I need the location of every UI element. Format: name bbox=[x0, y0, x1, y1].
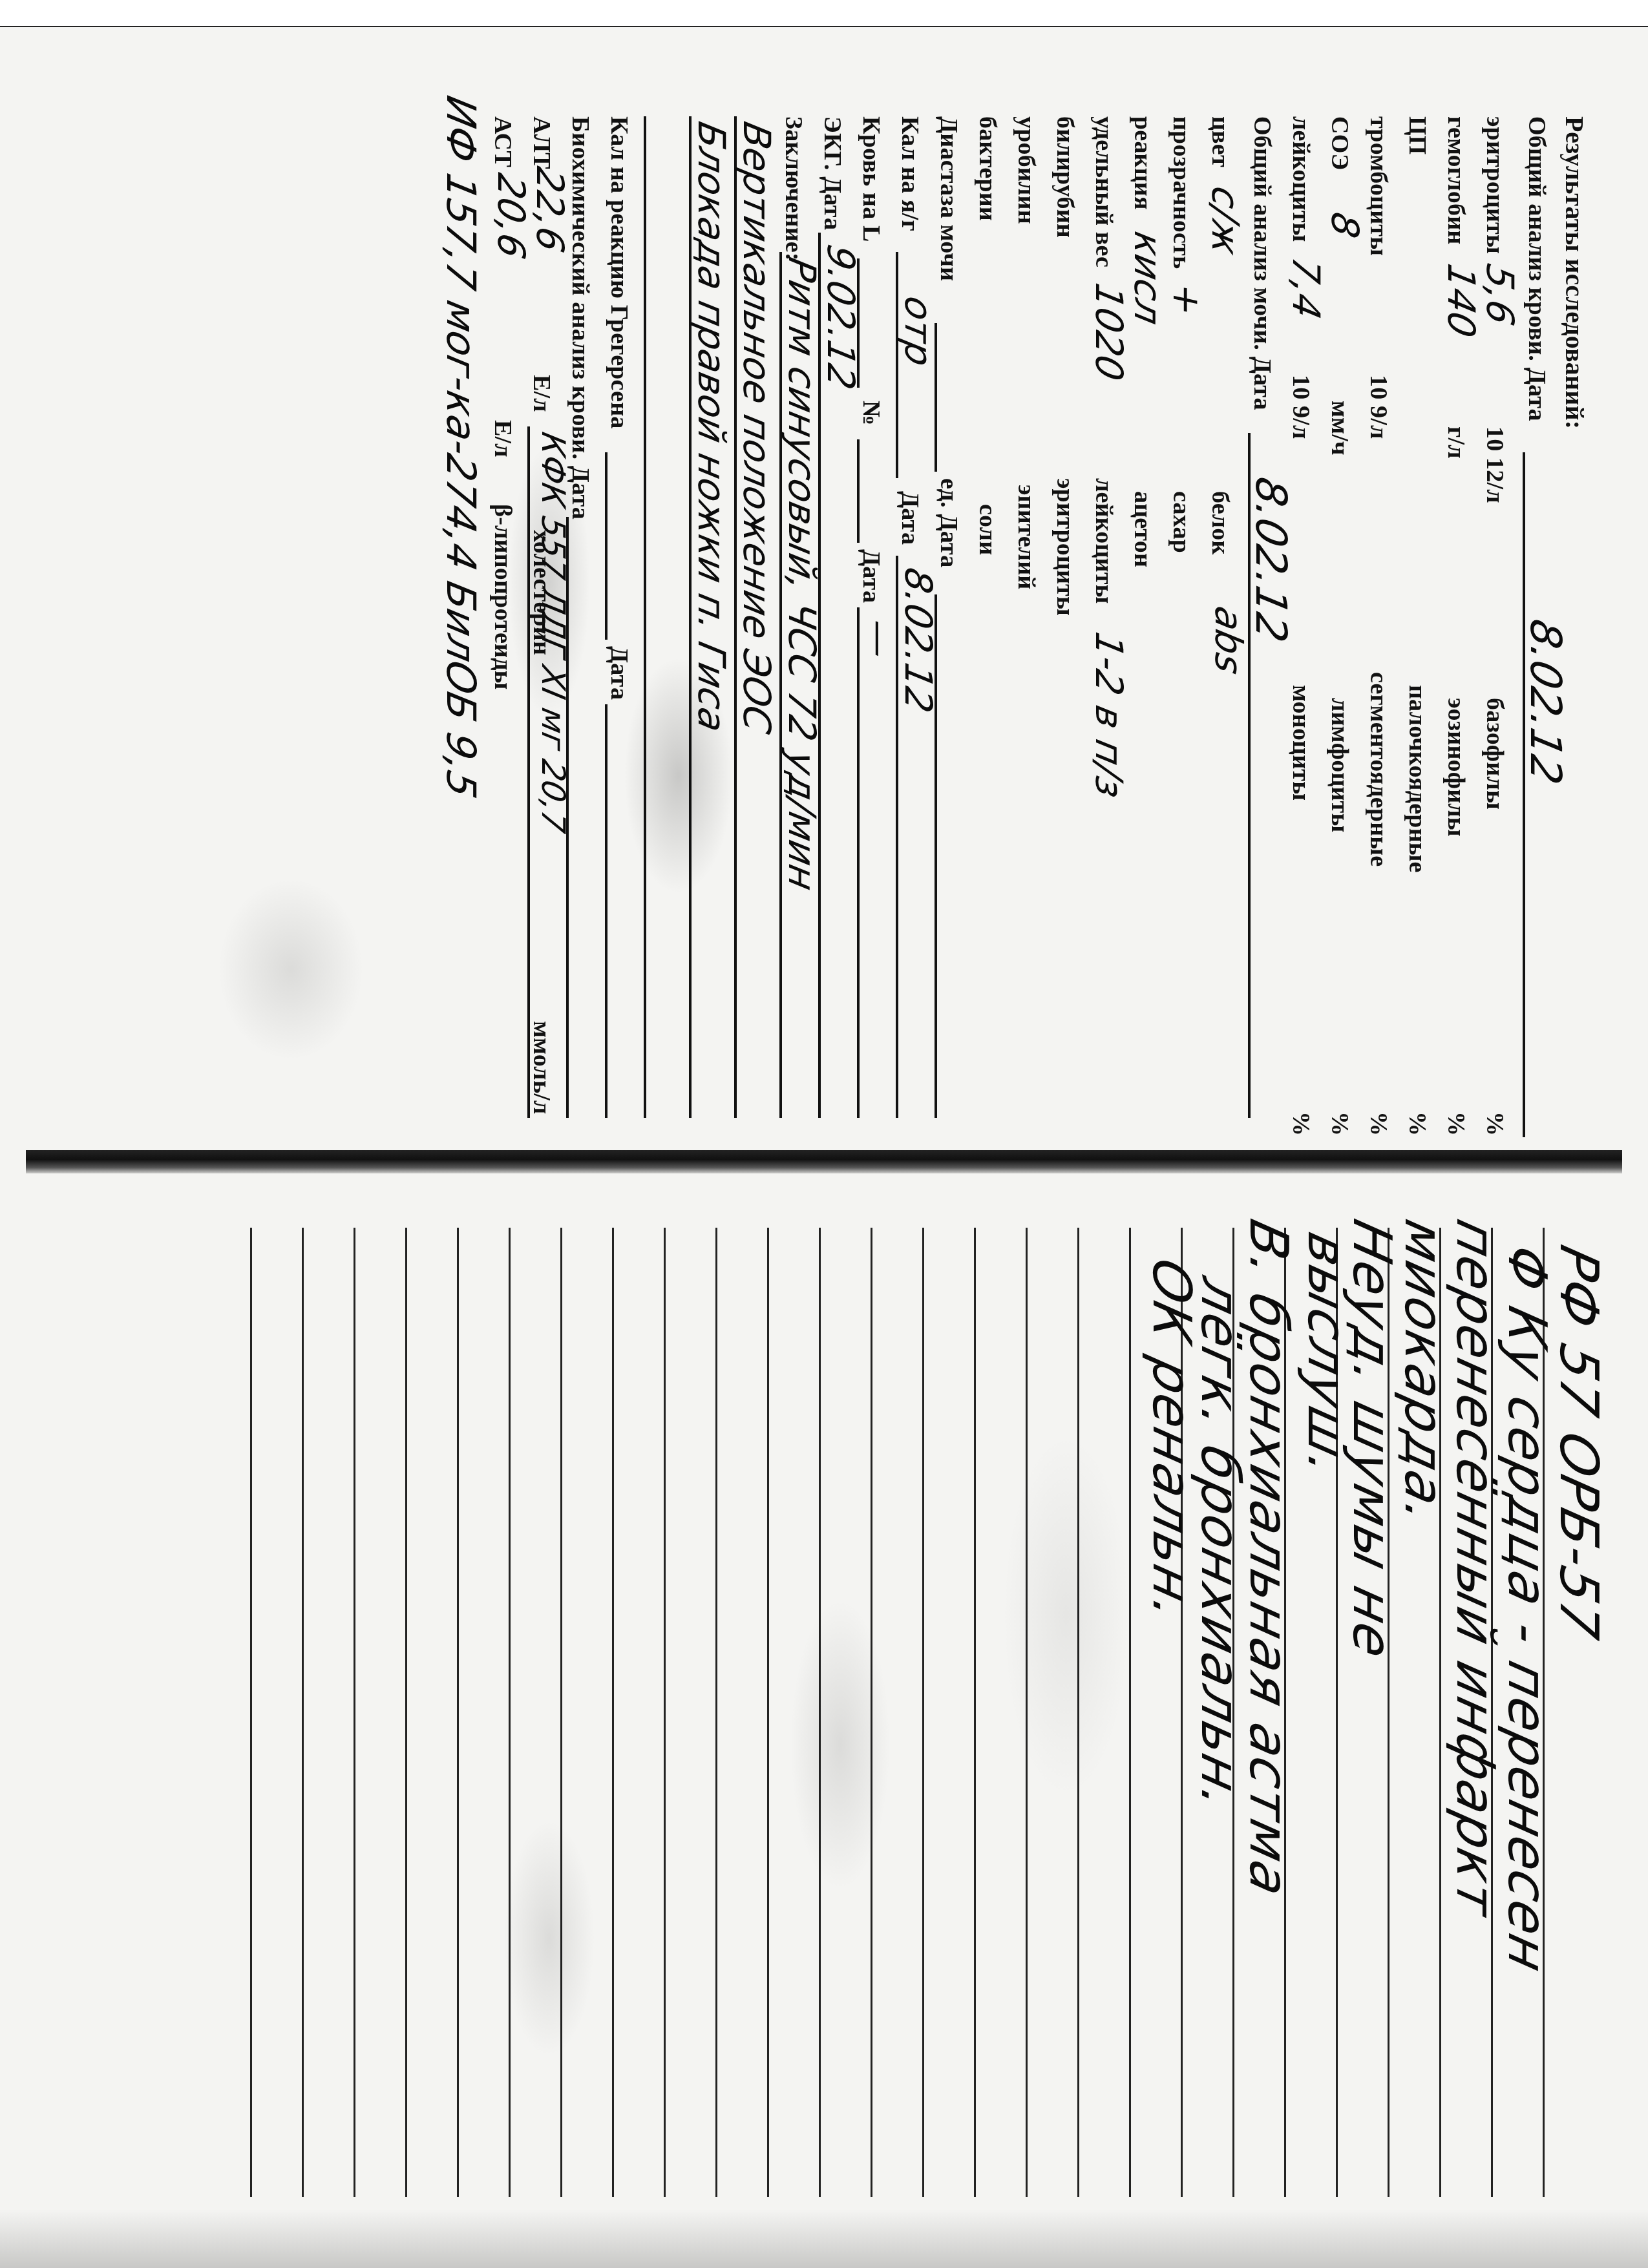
page-bottom-shadow bbox=[0, 2210, 1648, 2268]
ruled-line bbox=[302, 1228, 304, 2197]
biochem-alt-line bbox=[527, 426, 530, 1118]
ruled-line bbox=[405, 1228, 407, 2197]
value-erythrocytes: 5,6 bbox=[1478, 260, 1522, 330]
unit-leukocytes: 10 9/л bbox=[1287, 375, 1315, 439]
page-top-edge bbox=[0, 0, 1648, 27]
label-bilirubin: билирубин bbox=[1051, 116, 1079, 238]
label-platelets: тромбоциты bbox=[1364, 116, 1393, 256]
blood-general-date-line bbox=[1523, 452, 1525, 1137]
label-hemoglobin: гемоглобин bbox=[1442, 116, 1470, 244]
ruled-line bbox=[1026, 1228, 1028, 2197]
ruled-line bbox=[715, 1228, 717, 2197]
notes-page: РФ 57 ОРБ-57 Φ Ку сердца - перенесен пер… bbox=[0, 1182, 1648, 2268]
label-beta-lipoproteins: β-липопротеиды bbox=[489, 504, 517, 689]
label-ast: АСТ bbox=[489, 116, 517, 167]
label-urine-reaction: реакция bbox=[1128, 116, 1157, 210]
conclusion-text-1: Ритм синусовый, ЧСС 72 уд/мин bbox=[780, 254, 824, 895]
blood-general-date: 8.02.12 bbox=[1521, 615, 1570, 788]
blood-l-date-line bbox=[857, 607, 860, 1118]
value-hemoglobin: 140 bbox=[1439, 260, 1483, 341]
conclusion-text-2: Вертикальное положение ЭОС bbox=[735, 118, 779, 737]
label-basophils: базофилы bbox=[1481, 698, 1509, 810]
stool-eggs-value-line bbox=[896, 252, 898, 478]
value-leukocytes: 7,4 bbox=[1284, 254, 1328, 323]
label-cholesterol: холестерин bbox=[527, 530, 556, 655]
unit-alt: Е/л bbox=[527, 375, 556, 412]
label-acetone: ацетон bbox=[1128, 491, 1157, 567]
scanned-document: Результаты исследований: Общий анализ кр… bbox=[0, 0, 1648, 2268]
gregersen-date-label: Дата bbox=[605, 646, 633, 700]
value-ast: 20,6 bbox=[489, 170, 533, 263]
value-urine-color: с/ж bbox=[1203, 183, 1247, 259]
ruled-line bbox=[612, 1228, 614, 2197]
value-alt: 22,6 bbox=[528, 163, 572, 257]
ruled-line bbox=[871, 1228, 872, 2197]
urine-general-date: 8.02.12 bbox=[1246, 473, 1296, 646]
ruled-line bbox=[1077, 1228, 1079, 2197]
diastase-unit-date: ед. Дата bbox=[935, 478, 963, 567]
label-urine-clarity: прозрачность bbox=[1167, 116, 1196, 269]
label-conclusion: Заключение: bbox=[779, 116, 808, 261]
biochem-footnote: ИФ 157,7 мог-ка-274,4 БилОБ 9,5 bbox=[438, 92, 485, 802]
value-urine-leukocytes: 1-2 в п/з bbox=[1087, 629, 1131, 803]
label-band-neutrophils: палочкоядерные bbox=[1403, 685, 1431, 873]
conclusion-text-3: Блокада правой ножки п. Гиса bbox=[690, 118, 734, 737]
gregersen-date-line bbox=[605, 704, 607, 1118]
unit-eosinophils: % bbox=[1442, 1111, 1470, 1136]
label-urobilin: уробилин bbox=[1012, 116, 1041, 224]
value-stool-eggs: отр bbox=[896, 293, 940, 371]
book-spine-fold bbox=[26, 1150, 1622, 1173]
label-alt: АЛТ bbox=[527, 116, 556, 169]
urine-general-heading: Общий анализ мочи. Дата bbox=[1248, 116, 1276, 410]
gregersen-value-line bbox=[605, 452, 607, 640]
label-epithelium: эпителий bbox=[1012, 485, 1041, 589]
blood-l-number-line bbox=[857, 439, 860, 543]
value-urine-clarity: + bbox=[1165, 280, 1209, 320]
unit-lymphocytes: % bbox=[1326, 1111, 1354, 1136]
ecg-date: 9.02.12 bbox=[819, 241, 863, 394]
label-bacteria: бактерии bbox=[973, 116, 1002, 221]
unit-cholesterol: ммоль/л bbox=[527, 1021, 556, 1114]
unit-segmented-neutrophils: % bbox=[1364, 1111, 1393, 1136]
unit-hemoglobin: г/л bbox=[1442, 426, 1470, 459]
ruled-line bbox=[560, 1228, 562, 2197]
form-title: Результаты исследований: bbox=[1559, 116, 1590, 429]
ruled-line bbox=[974, 1228, 976, 2197]
unit-platelets: 10 9/л bbox=[1364, 375, 1393, 439]
label-ecg: ЭКГ. Дата bbox=[818, 116, 847, 230]
ruled-line bbox=[664, 1228, 666, 2197]
value-urine-reaction: кисл bbox=[1126, 228, 1170, 329]
conclusion-line-4 bbox=[644, 116, 646, 1118]
ruled-line bbox=[819, 1228, 821, 2197]
unit-esr: мм/ч bbox=[1326, 401, 1354, 456]
blood-l-number-label: № bbox=[857, 401, 885, 425]
ruled-line bbox=[509, 1228, 511, 2197]
value-protein: abs bbox=[1207, 603, 1251, 678]
label-urine-erythrocytes: эритроциты bbox=[1051, 478, 1079, 616]
blood-general-heading: Общий анализ крови. Дата bbox=[1523, 116, 1551, 421]
ruled-line bbox=[457, 1228, 459, 2197]
label-stool-eggs: Кал на я/г bbox=[896, 116, 924, 231]
label-specific-gravity: удельный вес bbox=[1090, 116, 1118, 268]
label-eosinophils: эозинофилы bbox=[1442, 698, 1470, 837]
blood-l-date-label: Дата bbox=[857, 549, 885, 603]
ruled-line bbox=[767, 1228, 769, 2197]
label-sugar: сахар bbox=[1167, 491, 1196, 553]
ruled-line bbox=[250, 1228, 252, 2197]
note-line-9: ОК ренальн. bbox=[1141, 1252, 1202, 1628]
label-protein: белок bbox=[1206, 491, 1234, 555]
label-salts: соли bbox=[973, 504, 1002, 555]
unit-ast: Е/л bbox=[489, 420, 517, 457]
note-line-6: выслуш. bbox=[1296, 1226, 1357, 1484]
label-segmented-neutrophils: сегментоядерные bbox=[1364, 672, 1393, 866]
label-erythrocytes: эритроциты bbox=[1481, 116, 1509, 254]
ruled-line bbox=[1129, 1228, 1131, 2197]
label-color-index: ЦП bbox=[1403, 116, 1431, 155]
label-urine-leukocytes: лейкоциты bbox=[1090, 478, 1118, 604]
blood-l-date: — bbox=[858, 616, 902, 662]
label-stool-gregersen: Кал на реакцию Грегерсена bbox=[605, 116, 633, 428]
label-blood-l: Кровь на L bbox=[857, 116, 885, 242]
unit-monocytes: % bbox=[1287, 1111, 1315, 1136]
unit-basophils: % bbox=[1481, 1111, 1509, 1136]
value-esr: 8 bbox=[1323, 209, 1367, 242]
value-specific-gravity: 1020 bbox=[1087, 280, 1131, 384]
label-lymphocytes: лимфоциты bbox=[1326, 698, 1354, 832]
label-urine-diastase: Диастаза мочи bbox=[935, 116, 963, 281]
label-urine-color: цвет bbox=[1206, 116, 1234, 167]
label-esr: СОЭ bbox=[1326, 116, 1354, 170]
lab-results-form: Результаты исследований: Общий анализ кр… bbox=[0, 39, 1648, 1137]
stool-eggs-date: 8.02.12 bbox=[896, 564, 940, 717]
ruled-line bbox=[922, 1228, 924, 2197]
label-leukocytes: лейкоциты bbox=[1287, 116, 1315, 242]
label-monocytes: моноциты bbox=[1287, 685, 1315, 801]
unit-erythrocytes: 10 12/л bbox=[1481, 426, 1509, 503]
ruled-line bbox=[354, 1228, 355, 2197]
stool-eggs-date-label: Дата bbox=[896, 491, 924, 545]
unit-band-neutrophils: % bbox=[1403, 1111, 1431, 1136]
